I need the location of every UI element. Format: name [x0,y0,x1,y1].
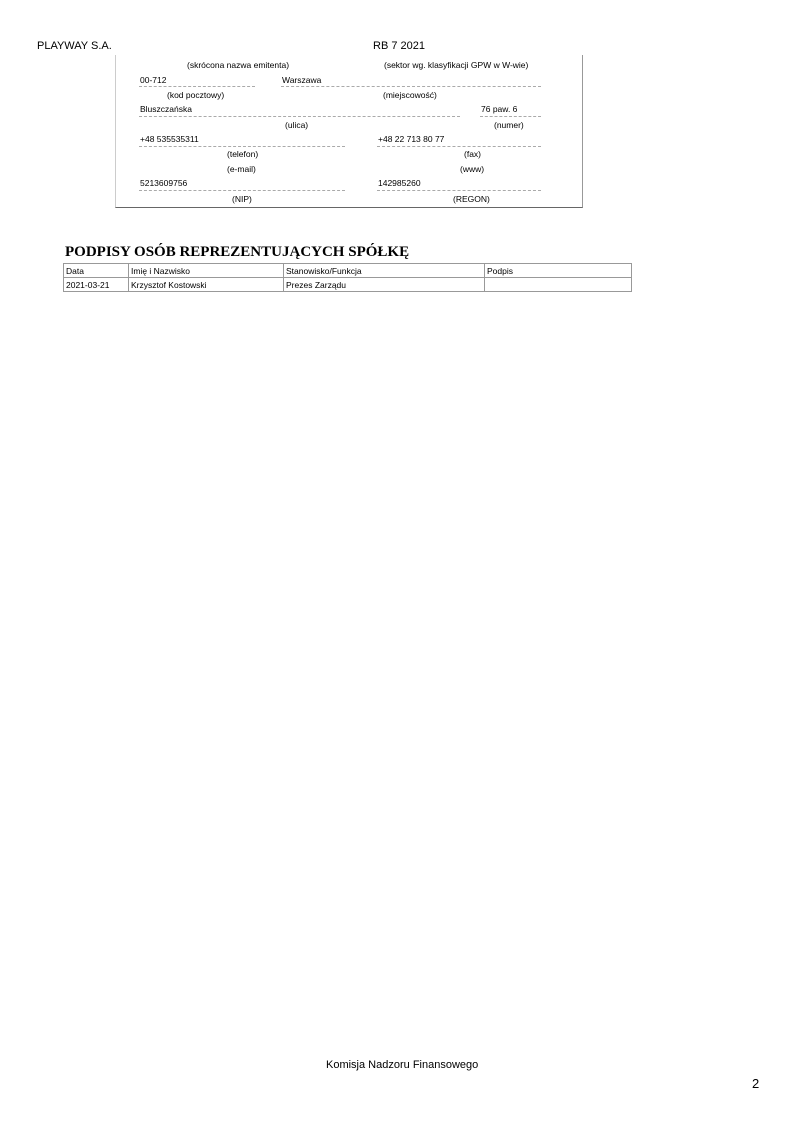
regon: 142985260 [378,178,421,188]
date-cell: 2021-03-21 [64,278,129,292]
column-header: Data [64,264,129,278]
column-header: Imię i Nazwisko [129,264,284,278]
street: Bluszczańska [140,104,192,114]
nip: 5213609756 [140,178,187,188]
street-label: (ulica) [285,120,308,130]
nip-label: (NIP) [232,194,252,204]
table-header-row: Data Imię i Nazwisko Stanowisko/Funkcja … [64,264,632,278]
page-number: 2 [752,1076,759,1091]
street-number: 76 paw. 6 [481,104,517,114]
column-header: Stanowisko/Funkcja [284,264,485,278]
signatures-title: PODPISY OSÓB REPREZENTUJĄCYCH SPÓŁKĘ [65,244,409,261]
company-name: PLAYWAY S.A. [37,40,112,52]
phone-label: (telefon) [227,149,258,159]
fax: +48 22 713 80 77 [378,134,444,144]
postal-code: 00-712 [140,75,166,85]
number-label: (numer) [494,120,524,130]
short-name-label: (skrócona nazwa emitenta) [187,60,289,70]
fax-label: (fax) [464,149,481,159]
sector-label: (sektor wg. klasyfikacji GPW w W-wie) [384,60,528,70]
city-label: (miejscowość) [383,90,437,100]
table-row: 2021-03-21 Krzysztof Kostowski Prezes Za… [64,278,632,292]
regon-label: (REGON) [453,194,490,204]
signatures-table: Data Imię i Nazwisko Stanowisko/Funkcja … [63,263,632,292]
report-number: RB 7 2021 [373,40,425,52]
phone: +48 535535311 [140,134,199,144]
email-label: (e-mail) [227,164,256,174]
position-cell: Prezes Zarządu [284,278,485,292]
footer-text: Komisja Nadzoru Finansowego [326,1059,478,1071]
city: Warszawa [282,75,321,85]
www-label: (www) [460,164,484,174]
signature-cell [485,278,632,292]
postal-code-label: (kod pocztowy) [167,90,224,100]
name-cell: Krzysztof Kostowski [129,278,284,292]
column-header: Podpis [485,264,632,278]
